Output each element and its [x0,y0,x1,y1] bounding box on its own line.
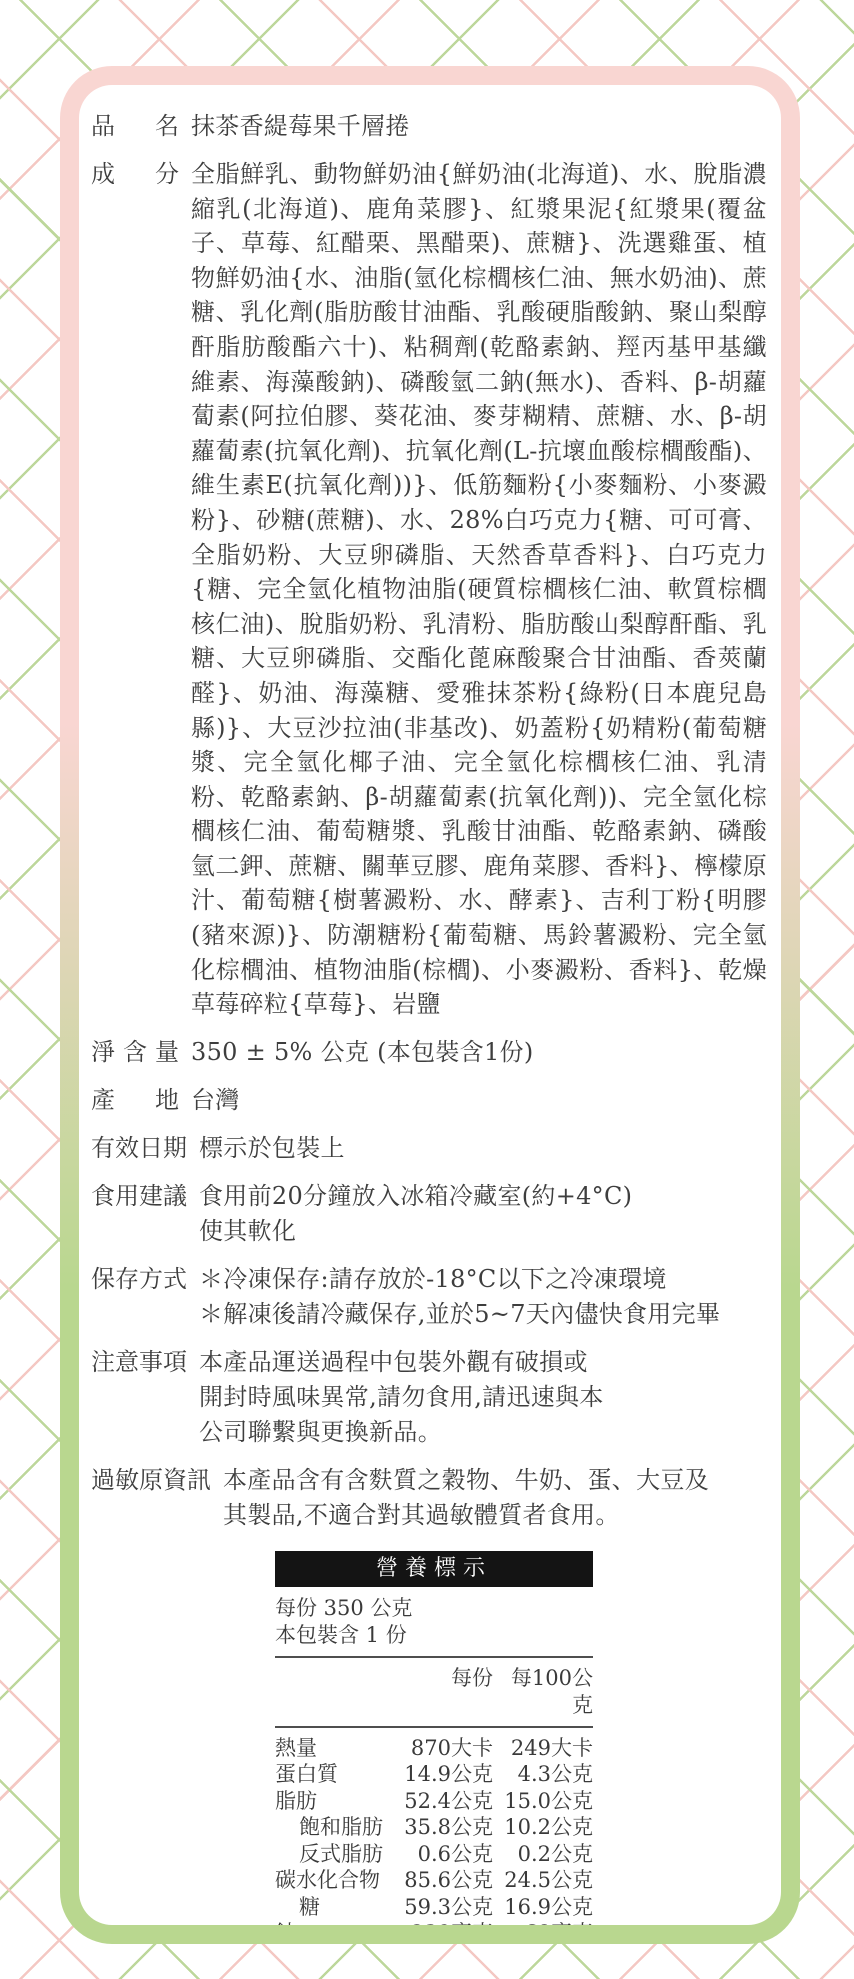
nutrition-rows: 熱量 870大卡 249大卡 蛋白質 14.9公克 4.3公克 脂肪 52.4公… [275,1735,593,1925]
nutrient-name: 蛋白質 [275,1761,397,1788]
nutrient-per-serving: 239豪克 [397,1920,493,1925]
nutrition-header-spacer [275,1665,397,1719]
nutrition-title: 營養標示 [376,1556,492,1581]
precautions-label: 注意事項 [91,1345,187,1380]
product-info-card: 品名 抹茶香緹莓果千層捲 成分 全脂鮮乳、動物鮮奶油{鮮奶油(北海道)、水、脫脂… [60,66,800,1944]
nutrient-per-serving: 59.3公克 [397,1894,493,1921]
info-row-net-weight: 淨含量 350 ± 5% 公克 (本包裝含1份) [91,1035,767,1070]
product-name-value: 抹茶香緹莓果千層捲 [191,109,767,144]
net-weight-label: 淨含量 [91,1035,179,1070]
nutrient-per-100g: 15.0公克 [493,1788,593,1815]
nutrition-row-sodium: 鈉 239豪克 68豪克 [275,1920,593,1925]
nutrient-per-serving: 870大卡 [397,1735,493,1762]
ingredients-value: 全脂鮮乳、動物鮮奶油{鮮奶油(北海道)、水、脫脂濃縮乳(北海道)、鹿角菜膠}、紅… [191,157,767,1022]
nutrition-row-trans-fat: 反式脂肪 0.6公克 0.2公克 [275,1841,593,1868]
serving-suggestion-label: 食用建議 [91,1179,187,1214]
nutrient-per-serving: 14.9公克 [397,1761,493,1788]
nutrient-per-serving: 35.8公克 [397,1814,493,1841]
nutrient-name: 反式脂肪 [275,1841,397,1868]
info-row-precautions: 注意事項 本產品運送過程中包裝外觀有破損或 開封時風味異常,請勿食用,請迅速與本… [91,1345,767,1450]
nutrient-name: 糖 [275,1894,397,1921]
nutrient-per-100g: 68豪克 [493,1920,593,1925]
precautions-value: 本產品運送過程中包裝外觀有破損或 開封時風味異常,請勿食用,請迅速與本 公司聯繫… [199,1345,767,1450]
nutrient-per-100g: 16.9公克 [493,1894,593,1921]
nutrient-name: 熱量 [275,1735,397,1762]
col-per-100g: 每100公克 [493,1665,593,1719]
origin-value: 台灣 [191,1083,767,1118]
info-row-expiry-date: 有效日期 標示於包裝上 [91,1131,767,1166]
allergen-info-value: 本產品含有含麩質之穀物、牛奶、蛋、大豆及 其製品,不適合對其過敏體質者食用。 [223,1463,767,1533]
serving-size: 每份 350 公克 [275,1595,593,1622]
nutrition-row-sugar: 糖 59.3公克 16.9公克 [275,1894,593,1921]
page-background: 品名 抹茶香緹莓果千層捲 成分 全脂鮮乳、動物鮮奶油{鮮奶油(北海道)、水、脫脂… [0,0,854,1979]
info-row-serving-suggestion: 食用建議 食用前20分鐘放入冰箱冷藏室(約+4°C) 使其軟化 [91,1179,767,1249]
servings-per-pack: 本包裝含 1 份 [275,1622,593,1649]
expiry-date-label: 有效日期 [91,1131,187,1166]
storage-method-value: ＊冷凍保存:請存放於-18°C以下之冷凍環境 ＊解凍後請冷藏保存,並於5~7天內… [199,1262,767,1332]
info-row-origin: 產地 台灣 [91,1083,767,1118]
net-weight-value: 350 ± 5% 公克 (本包裝含1份) [191,1035,767,1070]
product-info-card-inner: 品名 抹茶香緹莓果千層捲 成分 全脂鮮乳、動物鮮奶油{鮮奶油(北海道)、水、脫脂… [79,85,781,1925]
nutrient-per-100g: 4.3公克 [493,1761,593,1788]
nutrition-title-bar: 營養標示 [275,1551,593,1587]
info-row-allergen-info: 過敏原資訊 本產品含有含麩質之穀物、牛奶、蛋、大豆及 其製品,不適合對其過敏體質… [91,1463,767,1533]
nutrient-name: 鈉 [275,1920,397,1925]
nutrition-row-protein: 蛋白質 14.9公克 4.3公克 [275,1761,593,1788]
nutrient-per-100g: 249大卡 [493,1735,593,1762]
nutrition-row-calories: 熱量 870大卡 249大卡 [275,1735,593,1762]
origin-label: 產地 [91,1083,179,1118]
nutrient-name: 飽和脂肪 [275,1814,397,1841]
nutrient-per-100g: 0.2公克 [493,1841,593,1868]
nutrient-per-100g: 10.2公克 [493,1814,593,1841]
storage-method-label: 保存方式 [91,1262,187,1297]
divider [275,1656,593,1658]
info-row-product-name: 品名 抹茶香緹莓果千層捲 [91,109,767,144]
expiry-date-value: 標示於包裝上 [199,1131,767,1166]
divider [275,1726,593,1728]
info-row-ingredients: 成分 全脂鮮乳、動物鮮奶油{鮮奶油(北海道)、水、脫脂濃縮乳(北海道)、鹿角菜膠… [91,157,767,1022]
nutrient-per-100g: 24.5公克 [493,1867,593,1894]
nutrition-row-saturated-fat: 飽和脂肪 35.8公克 10.2公克 [275,1814,593,1841]
nutrient-name: 碳水化合物 [275,1867,397,1894]
nutrition-table: 營養標示 每份 350 公克 本包裝含 1 份 每份 每100公克 熱量 870… [275,1551,593,1925]
product-name-label: 品名 [91,109,179,144]
nutrient-per-serving: 0.6公克 [397,1841,493,1868]
col-per-serving: 每份 [397,1665,493,1719]
nutrition-header-row: 每份 每100公克 [275,1665,593,1719]
info-row-storage-method: 保存方式 ＊冷凍保存:請存放於-18°C以下之冷凍環境 ＊解凍後請冷藏保存,並於… [91,1262,767,1332]
ingredients-label: 成分 [91,157,179,192]
nutrition-row-fat: 脂肪 52.4公克 15.0公克 [275,1788,593,1815]
nutrient-per-serving: 85.6公克 [397,1867,493,1894]
nutrition-row-carbohydrate: 碳水化合物 85.6公克 24.5公克 [275,1867,593,1894]
allergen-info-label: 過敏原資訊 [91,1463,211,1498]
nutrient-per-serving: 52.4公克 [397,1788,493,1815]
serving-suggestion-value: 食用前20分鐘放入冰箱冷藏室(約+4°C) 使其軟化 [199,1179,767,1249]
nutrient-name: 脂肪 [275,1788,397,1815]
